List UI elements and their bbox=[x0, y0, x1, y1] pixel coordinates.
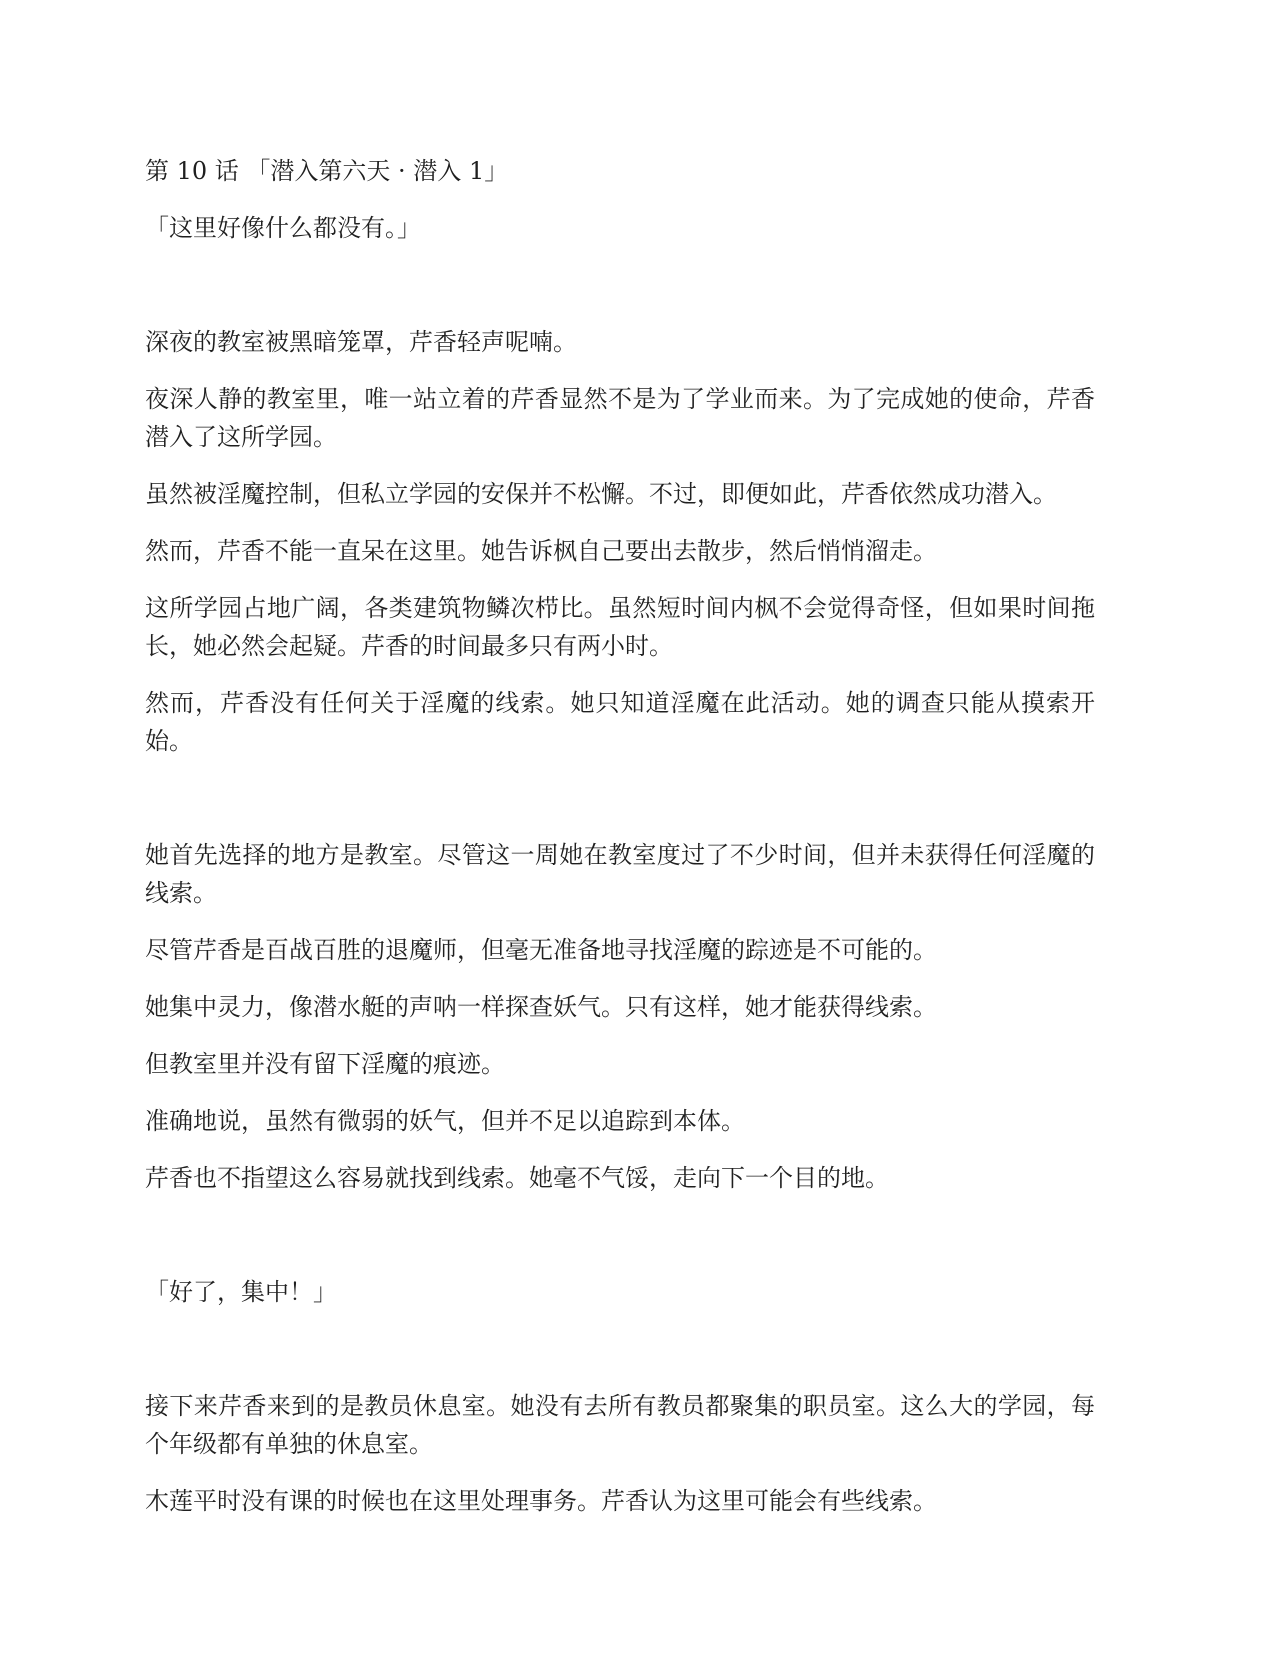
chapter-body: 第 10 话 「潜入第六天 · 潜入 1」 「这里好像什么都没有。」 深夜的教室… bbox=[145, 152, 1095, 1520]
document-page: 第 10 话 「潜入第六天 · 潜入 1」 「这里好像什么都没有。」 深夜的教室… bbox=[0, 0, 1280, 1656]
dialogue-line: 「这里好像什么都没有。」 bbox=[145, 209, 1095, 247]
blank-line bbox=[145, 266, 1095, 304]
blank-line bbox=[145, 1216, 1095, 1254]
dialogue-line: 「好了，集中！」 bbox=[145, 1273, 1095, 1311]
paragraph: 但教室里并没有留下淫魔的痕迹。 bbox=[145, 1045, 1095, 1083]
blank-line bbox=[145, 779, 1095, 817]
paragraph: 木莲平时没有课的时候也在这里处理事务。芹香认为这里可能会有些线索。 bbox=[145, 1482, 1095, 1520]
paragraph: 虽然被淫魔控制，但私立学园的安保并不松懈。不过，即便如此，芹香依然成功潜入。 bbox=[145, 475, 1095, 513]
paragraph: 她集中灵力，像潜水艇的声呐一样探查妖气。只有这样，她才能获得线索。 bbox=[145, 988, 1095, 1026]
paragraph: 准确地说，虽然有微弱的妖气，但并不足以追踪到本体。 bbox=[145, 1102, 1095, 1140]
chapter-heading: 第 10 话 「潜入第六天 · 潜入 1」 bbox=[145, 152, 1095, 190]
paragraph: 夜深人静的教室里，唯一站立着的芹香显然不是为了学业而来。为了完成她的使命，芹香潜… bbox=[145, 380, 1095, 456]
paragraph: 然而，芹香没有任何关于淫魔的线索。她只知道淫魔在此活动。她的调查只能从摸索开始。 bbox=[145, 684, 1095, 760]
paragraph: 尽管芹香是百战百胜的退魔师，但毫无准备地寻找淫魔的踪迹是不可能的。 bbox=[145, 931, 1095, 969]
paragraph: 深夜的教室被黑暗笼罩，芹香轻声呢喃。 bbox=[145, 323, 1095, 361]
blank-line bbox=[145, 1330, 1095, 1368]
paragraph: 这所学园占地广阔，各类建筑物鳞次栉比。虽然短时间内枫不会觉得奇怪，但如果时间拖长… bbox=[145, 589, 1095, 665]
paragraph: 她首先选择的地方是教室。尽管这一周她在教室度过了不少时间，但并未获得任何淫魔的线… bbox=[145, 836, 1095, 912]
paragraph: 芹香也不指望这么容易就找到线索。她毫不气馁，走向下一个目的地。 bbox=[145, 1159, 1095, 1197]
paragraph: 然而，芹香不能一直呆在这里。她告诉枫自己要出去散步，然后悄悄溜走。 bbox=[145, 532, 1095, 570]
paragraph: 接下来芹香来到的是教员休息室。她没有去所有教员都聚集的职员室。这么大的学园，每个… bbox=[145, 1387, 1095, 1463]
